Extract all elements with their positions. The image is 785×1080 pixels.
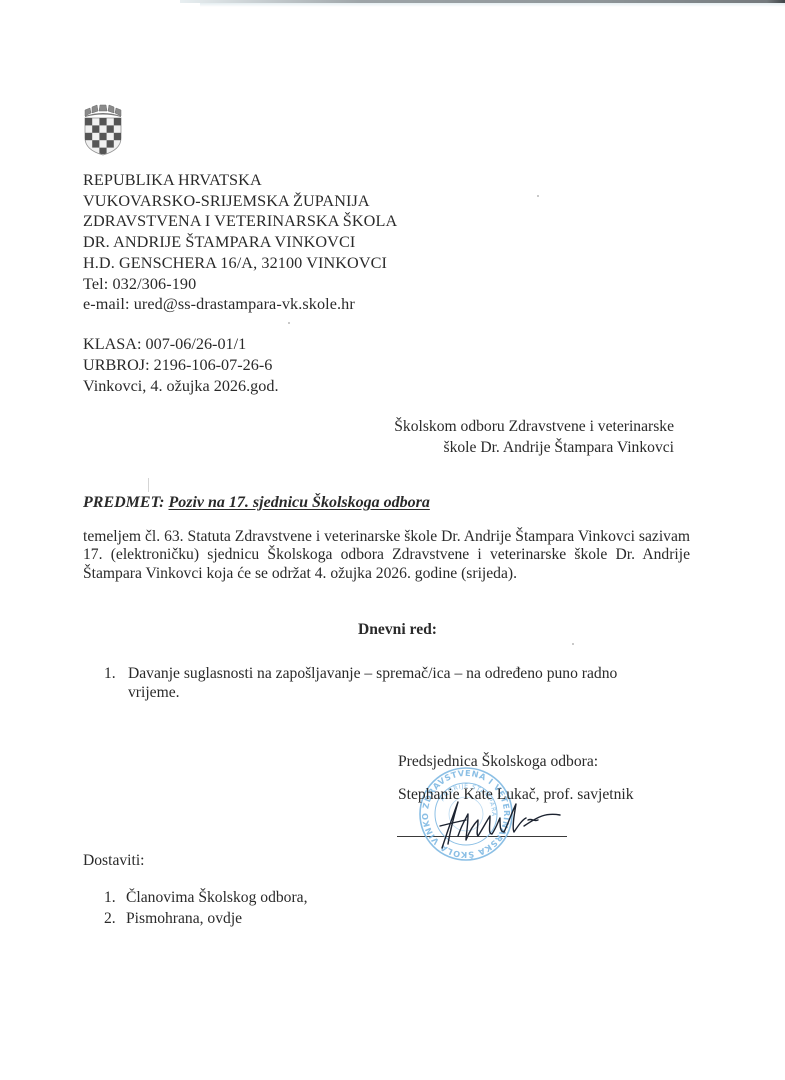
letterhead: REPUBLIKA HRVATSKA VUKOVARSKO-SRIJEMSKA … xyxy=(83,170,397,315)
agenda-item-number: 1. xyxy=(104,664,128,702)
letterhead-school: ZDRAVSTVENA I VETERINARSKA ŠKOLA xyxy=(83,211,397,232)
recipient-line-1: Školskom odboru Zdravstvene i veterinars… xyxy=(394,416,674,437)
scan-mark xyxy=(148,478,149,492)
letterhead-phone: Tel: 032/306-190 xyxy=(83,274,397,295)
delivery-list: 1. Članovima Školskog odbora, 2. Pismohr… xyxy=(104,888,307,929)
recipient-line-2: škole Dr. Andrije Štampara Vinkovci xyxy=(394,437,674,458)
letterhead-country: REPUBLIKA HRVATSKA xyxy=(83,170,397,191)
reference-block: KLASA: 007-06/26-01/1 URBROJ: 2196-106-0… xyxy=(83,334,279,396)
recipient-block: Školskom odboru Zdravstvene i veterinars… xyxy=(394,416,674,458)
delivery-item-text: Članovima Školskog odbora, xyxy=(126,888,307,909)
agenda-title: Dnevni red: xyxy=(0,621,785,639)
handwritten-signature-icon xyxy=(432,796,564,854)
letterhead-email: e-mail: ured@ss-drastampara-vk.skole.hr xyxy=(83,294,397,315)
agenda-item: 1. Davanje suglasnosti na zapošljavanje … xyxy=(104,664,624,702)
letterhead-address: H.D. GENSCHERA 16/A, 32100 VINKOVCI xyxy=(83,253,397,274)
delivery-item-text: Pismohrana, ovdje xyxy=(126,909,242,930)
agenda-list: 1. Davanje suglasnosti na zapošljavanje … xyxy=(104,664,624,702)
scan-speck xyxy=(572,643,574,645)
scan-speck xyxy=(537,195,539,197)
delivery-item: 1. Članovima Školskog odbora, xyxy=(104,888,307,909)
agenda-item-text: Davanje suglasnosti na zapošljavanje – s… xyxy=(128,664,624,702)
place-date: Vinkovci, 4. ožujka 2026.god. xyxy=(83,376,279,397)
scan-speck xyxy=(288,322,290,324)
delivery-item-number: 2. xyxy=(104,909,126,930)
subject-text: Poziv na 17. sjednicu Školskoga odbora xyxy=(168,494,429,511)
subject-label: PREDMET: xyxy=(83,494,164,511)
croatian-coat-of-arms-icon xyxy=(82,104,124,156)
letterhead-county: VUKOVARSKO-SRIJEMSKA ŽUPANIJA xyxy=(83,191,397,212)
delivery-title: Dostaviti: xyxy=(83,852,145,870)
klasa: KLASA: 007-06/26-01/1 xyxy=(83,334,279,355)
scan-edge-shadow xyxy=(200,3,785,7)
body-paragraph: temeljem čl. 63. Statuta Zdravstvene i v… xyxy=(83,528,690,583)
delivery-item: 2. Pismohrana, ovdje xyxy=(104,909,307,930)
delivery-item-number: 1. xyxy=(104,888,126,909)
letterhead-school-name: DR. ANDRIJE ŠTAMPARA VINKOVCI xyxy=(83,232,397,253)
urbroj: URBROJ: 2196-106-07-26-6 xyxy=(83,355,279,376)
subject-line: PREDMET: Poziv na 17. sjednicu Školskoga… xyxy=(83,494,430,512)
